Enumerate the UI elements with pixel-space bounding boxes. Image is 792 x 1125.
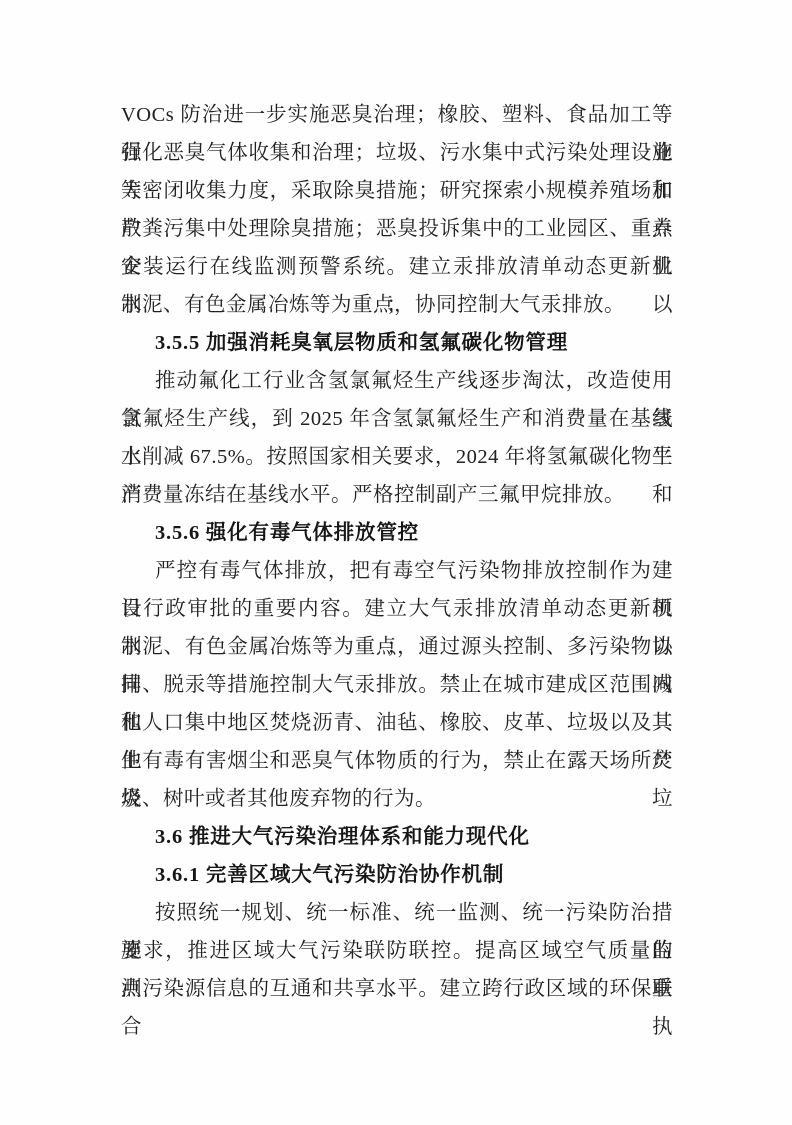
text-line: VOCs 防治进一步实施恶臭治理；橡胶、塑料、食品加工等行业 — [121, 96, 673, 134]
text-line: 强化恶臭气体收集和治理；垃圾、污水集中式污染处理设施等加 — [121, 134, 673, 172]
text-line: 水泥、有色金属冶炼等为重点，协同控制大气汞排放。 — [121, 286, 673, 324]
text-line: 他人口集中地区焚烧沥青、油毡、橡胶、皮革、垃圾以及其他产 — [121, 704, 673, 742]
section-heading: 3.6 推进大气污染治理体系和能力现代化 — [121, 818, 673, 856]
text-line: 水泥、有色金属冶炼等为重点，通过源头控制、多污染物协同减 — [121, 628, 673, 666]
text-line: 安装运行在线监测预警系统。建立汞排放清单动态更新机制；以 — [121, 248, 673, 286]
text-line: 上削减 67.5%。按照国家相关要求，2024 年将氢氟碳化物生产和 — [121, 438, 673, 476]
document-page: VOCs 防治进一步实施恶臭治理；橡胶、塑料、食品加工等行业强化恶臭气体收集和治… — [0, 0, 792, 1125]
text-line: 目行政审批的重要内容。建立大气汞排放清单动态更新机制；以 — [121, 590, 673, 628]
text-line: 严控有毒气体排放，把有毒空气污染物排放控制作为建设项 — [121, 552, 673, 590]
text-line: 消费量冻结在基线水平。严格控制副产三氟甲烷排放。 — [121, 476, 673, 514]
text-line: 点污染源信息的互通和共享水平。建立跨行政区域的环保联合执 — [121, 970, 673, 1008]
text-line: 要求，推进区域大气污染联防联控。提高区域空气质量监测、重 — [121, 932, 673, 970]
section-heading: 3.6.1 完善区域大气污染防治协作机制 — [121, 856, 673, 894]
document-text-block: VOCs 防治进一步实施恶臭治理；橡胶、塑料、食品加工等行业强化恶臭气体收集和治… — [121, 96, 673, 1008]
text-line: 生有毒有害烟尘和恶臭气体物质的行为，禁止在露天场所焚烧垃 — [121, 742, 673, 780]
section-heading: 3.5.6 强化有毒气体排放管控 — [121, 514, 673, 552]
section-heading: 3.5.5 加强消耗臭氧层物质和氢氟碳化物管理 — [121, 324, 673, 362]
text-line: 户粪污集中处理除臭措施；恶臭投诉集中的工业园区、重点企业 — [121, 210, 673, 248]
text-line: 按照统一规划、统一标准、统一监测、统一污染防治措施的 — [121, 894, 673, 932]
text-line: 排、脱汞等措施控制大气汞排放。禁止在城市建成区范围内和其 — [121, 666, 673, 704]
text-line: 氯氟烃生产线，到 2025 年含氢氯氟烃生产和消费量在基线水平 — [121, 400, 673, 438]
text-line: 大密闭收集力度，采取除臭措施；研究探索小规模养殖场和散养 — [121, 172, 673, 210]
text-line: 推动氟化工行业含氢氯氟烃生产线逐步淘汰，改造使用含氢 — [121, 362, 673, 400]
